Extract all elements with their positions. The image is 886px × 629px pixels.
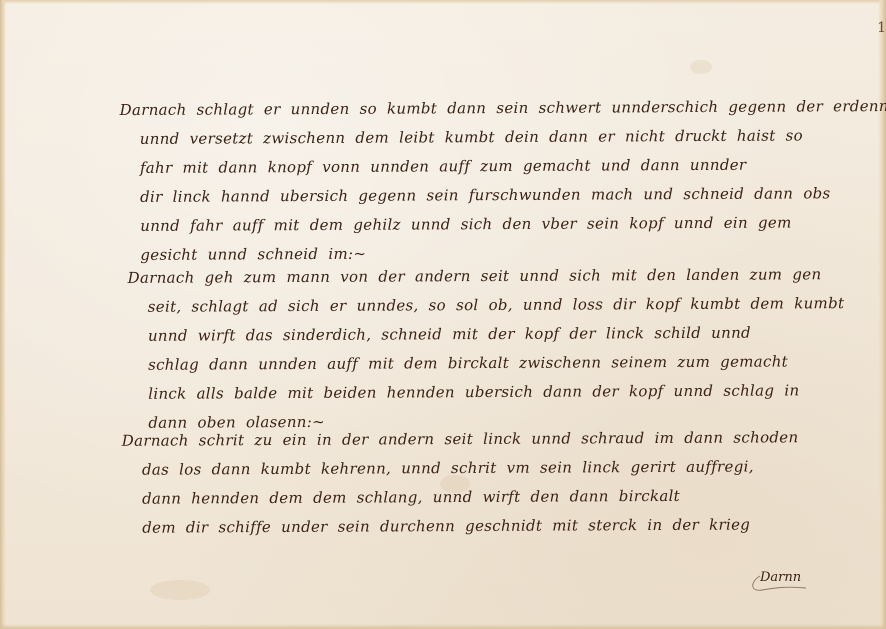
text-line: seit, schlagt ad sich er unndes, so sol … — [128, 289, 845, 322]
text-line: Darnach geh zum mann von der andern seit… — [128, 260, 845, 293]
text-line: unnd fahr auff mit dem gehilz unnd sich … — [120, 208, 886, 241]
paragraph-2: Darnach geh zum mann von der andern seit… — [128, 260, 845, 438]
text-line: linck alls balde mit beiden hennden uber… — [128, 376, 845, 409]
text-line: Darnach schrit zu ein in der andern seit… — [122, 423, 799, 456]
folio-number: 1 — [877, 20, 886, 36]
text-line: dem dir schiffe under sein durchenn gesc… — [122, 510, 799, 543]
paper-stain — [690, 60, 712, 74]
manuscript-page: 1 Darnach schlagt er unnden so kumbt dan… — [0, 0, 886, 629]
paragraph-3: Darnach schrit zu ein in der andern seit… — [122, 423, 799, 543]
text-line: dir linck hannd ubersich gegenn sein fur… — [120, 179, 886, 212]
text-line: fahr mit dann knopf vonn unnden auff zum… — [120, 150, 886, 183]
text-line: Darnach schlagt er unnden so kumbt dann … — [120, 92, 886, 125]
text-line: das los dann kumbt kehrenn, unnd schrit … — [122, 452, 799, 485]
page-edge-left — [0, 0, 6, 629]
paper-stain — [150, 580, 210, 600]
page-edge-bottom — [0, 624, 886, 629]
text-line: schlag dann unnden auff mit dem birckalt… — [128, 347, 845, 380]
paragraph-1: Darnach schlagt er unnden so kumbt dann … — [120, 92, 886, 270]
page-edge-top — [0, 0, 886, 4]
text-line: unnd wirft das sinderdich, schneid mit d… — [128, 318, 845, 351]
text-line: unnd versetzt zwischenn dem leibt kumbt … — [120, 121, 886, 154]
text-line: dann hennden dem dem schlang, unnd wirft… — [122, 481, 799, 514]
catchword: Darnn — [760, 570, 801, 585]
